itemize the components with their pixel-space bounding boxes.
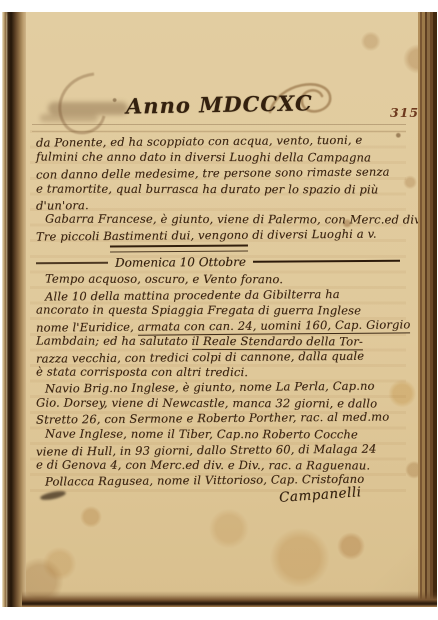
manuscript-line: Navio Brig.no Inglese, è giunto, nome La…	[36, 379, 400, 395]
manuscript-page: Anno MDCCXC 315 da Ponente, ed ha scoppi…	[24, 12, 418, 599]
manuscript-line: Nave Inglese, nome il Tiber, Cap.no Robe…	[36, 428, 400, 442]
flourish-ornament	[44, 68, 114, 144]
manuscript-line: fulmini che anno dato in diversi Luoghi …	[36, 151, 400, 165]
manuscript-line: ancorato in questa Spiaggia Fregata di g…	[36, 304, 400, 318]
manuscript-line: Lambdain; ed ha salutato il Reale Stenda…	[36, 335, 400, 349]
page-title: Anno MDCCXC	[126, 90, 313, 118]
page-number: 315	[390, 105, 419, 120]
manuscript-line: Tempo acquoso, oscuro, e Vento forano.	[36, 273, 400, 287]
manuscript-line: e di Genova 4, con Merc.ed div. e Div., …	[36, 459, 400, 473]
manuscript-line: è stata corrisposta con altri tredici.	[36, 366, 400, 380]
ink-blot	[40, 489, 67, 501]
heading-rule-right	[253, 260, 400, 263]
heading-rule-left	[36, 262, 108, 264]
signature: Campanelli	[279, 484, 362, 506]
line-fragment: nome l'Euridice,	[36, 320, 138, 335]
book-fore-edge	[418, 12, 437, 607]
manuscript-line: Stretto 26, con Sermone e Roberto Porthe…	[36, 410, 400, 426]
underlined-fragment: armata con can. 24, uomini 160, Cap. Gio…	[138, 317, 411, 335]
manuscript-line: Tre piccoli Bastimenti dui, vengono di d…	[36, 227, 400, 243]
underlined-fragment: il Reale Stendardo della Tor-	[192, 334, 363, 350]
manuscript-line: nome l'Euridice, armata con can. 24, uom…	[36, 318, 400, 334]
manuscript-line: Alle 10 della mattina procedente da Gibi…	[36, 287, 400, 303]
manuscript-line: d'un'ora.	[36, 196, 400, 212]
section-divider	[110, 245, 248, 253]
manuscript-line: da Ponente, ed ha scoppiato con acqua, v…	[36, 133, 400, 149]
manuscript-line: e tramortite, qual burrasca ha durato pe…	[36, 183, 400, 197]
manuscript-line: viene di Hull, in 93 giorni, dallo Stret…	[36, 442, 400, 458]
book-binding-gutter	[2, 12, 26, 607]
manuscript-line: Gabarra Francese, è giunto, viene di Pal…	[36, 213, 400, 227]
date-heading-row: Domenica 10 Ottobre	[36, 254, 400, 271]
book-photo: Anno MDCCXC 315 da Ponente, ed ha scoppi…	[2, 12, 437, 607]
ruled-hairline	[32, 124, 406, 125]
manuscript-line: razza vecchia, con tredici colpi di cann…	[36, 349, 400, 365]
date-heading: Domenica 10 Ottobre	[115, 255, 246, 270]
manuscript-line: Gio. Dorsey, viene di Newcastle, manca 3…	[36, 397, 400, 411]
book-bottom-page-stack	[22, 591, 437, 607]
manuscript-line: con danno delle medesime, tre persone so…	[36, 165, 400, 181]
line-fragment: Lambdain; ed ha salutato	[36, 334, 192, 348]
